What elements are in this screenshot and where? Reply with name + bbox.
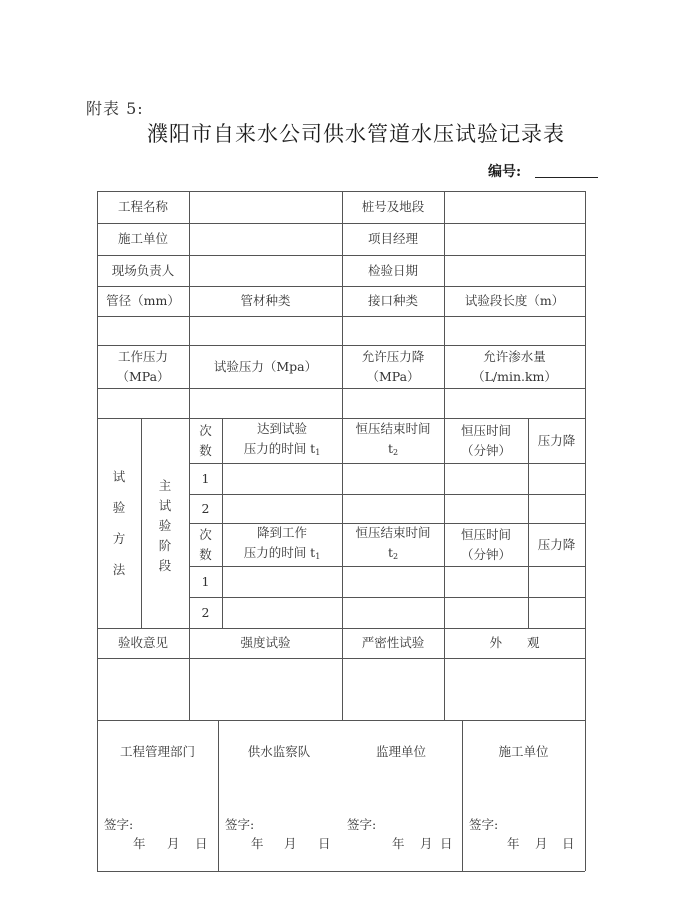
label-project-name: 工程名称	[97, 191, 189, 223]
label-working-pressure-line1: 工作压力	[118, 347, 168, 367]
row-number: 2	[189, 494, 222, 523]
row-number: 2	[189, 597, 222, 628]
label-acceptance-opinion: 验收意见	[97, 628, 189, 658]
label-pressure-drop: 压力降	[528, 418, 585, 463]
field-allowed-seepage[interactable]	[444, 388, 585, 418]
field-pressure-drop[interactable]	[528, 494, 585, 523]
label-station-section: 桩号及地段	[342, 191, 444, 223]
label-t2-line2: t2	[388, 439, 398, 463]
label-allowed-seepage: 允许渗水量 （L/min.km）	[444, 345, 585, 388]
year-label: 年	[507, 834, 520, 852]
label-t2-line2: t2	[388, 543, 398, 567]
field-t2[interactable]	[342, 597, 444, 628]
day-label: 日	[195, 834, 208, 852]
org-label: 监理单位	[340, 742, 462, 760]
org-label: 施工单位	[462, 742, 585, 760]
field-project-name[interactable]	[189, 191, 342, 223]
serial-number-field[interactable]	[535, 177, 598, 178]
annex-label: 附表 5:	[86, 96, 144, 119]
field-pressure-drop[interactable]	[528, 597, 585, 628]
field-allowed-pressure-drop[interactable]	[342, 388, 444, 418]
test-method-char: 方	[113, 523, 126, 554]
label-constant-pressure-duration: 恒压时间 （分钟）	[444, 418, 528, 463]
field-working-pressure[interactable]	[97, 388, 189, 418]
day-label: 日	[318, 834, 331, 852]
field-station-section[interactable]	[444, 191, 585, 223]
label-pipe-diameter: 管径（mm）	[97, 286, 189, 316]
stage-char: 阶	[159, 536, 172, 556]
label-time-reach-test-pressure: 达到试验 压力的时间 t1	[222, 418, 342, 463]
org-label: 工程管理部门	[97, 742, 218, 760]
label-allowed-seepage-unit: （L/min.km）	[472, 367, 557, 387]
label-count: 次 数	[189, 523, 222, 566]
label-pipe-material: 管材种类	[189, 286, 342, 316]
field-t2[interactable]	[342, 566, 444, 597]
label-constant-pressure-end: 恒压结束时间 t2	[342, 418, 444, 463]
label-duration-line1: 恒压时间	[461, 421, 511, 441]
label-joint-type: 接口种类	[342, 286, 444, 316]
field-t1[interactable]	[222, 597, 342, 628]
field-duration[interactable]	[444, 463, 528, 494]
signature-block-contractor[interactable]: 施工单位 签字: 年 月 日	[462, 720, 585, 871]
month-label: 月	[420, 834, 433, 852]
label-t1-line1: 降到工作	[257, 523, 307, 543]
label-t1-line2: 压力的时间 t1	[244, 439, 321, 463]
label-constant-pressure-end: 恒压结束时间 t2	[342, 523, 444, 566]
field-t1[interactable]	[222, 566, 342, 597]
subscript-2: 2	[393, 552, 398, 561]
label-allowed-pressure-drop-unit: （MPa）	[366, 367, 419, 387]
row-number: 1	[189, 463, 222, 494]
field-test-length[interactable]	[444, 316, 585, 345]
label-inspection-date: 检验日期	[342, 255, 444, 286]
field-t1[interactable]	[222, 463, 342, 494]
label-count-line2: 数	[199, 545, 212, 565]
label-appearance: 外 观	[444, 628, 585, 658]
label-t1-line1: 达到试验	[257, 419, 307, 439]
stage-char: 主	[159, 476, 172, 496]
signature-block-supervisor[interactable]: 监理单位 签字: 年 月 日	[340, 720, 462, 871]
label-strength-test: 强度试验	[189, 628, 342, 658]
signature-block-engineering-dept[interactable]: 工程管理部门 签字: 年 月 日	[97, 720, 218, 871]
field-t2[interactable]	[342, 463, 444, 494]
label-duration-line1: 恒压时间	[461, 525, 511, 545]
day-label: 日	[562, 834, 575, 852]
org-label: 供水监察队	[218, 742, 340, 760]
subscript-1: 1	[315, 448, 320, 457]
field-pipe-material[interactable]	[189, 316, 342, 345]
stage-char: 段	[159, 556, 172, 576]
label-contractor: 施工单位	[97, 223, 189, 255]
test-method-char: 法	[113, 554, 126, 585]
label-count: 次 数	[189, 418, 222, 463]
field-pressure-drop[interactable]	[528, 566, 585, 597]
test-method-char: 验	[113, 492, 126, 523]
label-tightness-test: 严密性试验	[342, 628, 444, 658]
label-test-length: 试验段长度（m）	[444, 286, 585, 316]
subscript-2: 2	[393, 448, 398, 457]
month-label: 月	[535, 834, 548, 852]
label-t1-text: 压力的时间 t	[244, 441, 316, 456]
field-pressure-drop[interactable]	[528, 463, 585, 494]
field-contractor[interactable]	[189, 223, 342, 255]
field-site-lead[interactable]	[189, 255, 342, 286]
sign-label: 签字:	[225, 815, 254, 833]
sign-label: 签字:	[104, 815, 133, 833]
field-duration[interactable]	[444, 566, 528, 597]
label-t2-line1: 恒压结束时间	[355, 523, 430, 543]
field-joint-type[interactable]	[342, 316, 444, 345]
label-t1-text: 压力的时间 t	[244, 545, 316, 560]
field-inspection-date[interactable]	[444, 255, 585, 286]
label-working-pressure: 工作压力 （MPa）	[97, 345, 189, 388]
year-label: 年	[251, 834, 264, 852]
label-site-lead: 现场负责人	[97, 255, 189, 286]
serial-number-label: 编号:	[488, 161, 521, 181]
label-allowed-seepage-line1: 允许渗水量	[483, 347, 546, 367]
document-title: 濮阳市自来水公司供水管道水压试验记录表	[0, 118, 700, 148]
label-pressure-drop: 压力降	[528, 523, 585, 566]
field-duration[interactable]	[444, 494, 528, 523]
day-label: 日	[440, 834, 453, 852]
label-test-method: 试 验 方 法	[97, 418, 141, 628]
label-duration-line2: （分钟）	[461, 441, 511, 461]
sign-label: 签字:	[347, 815, 376, 833]
field-duration[interactable]	[444, 597, 528, 628]
field-acceptance-opinion[interactable]	[97, 658, 189, 720]
label-working-pressure-unit: （MPa）	[116, 367, 169, 387]
row-number: 1	[189, 566, 222, 597]
field-tightness-test[interactable]	[342, 658, 444, 720]
field-t2[interactable]	[342, 494, 444, 523]
field-t1[interactable]	[222, 494, 342, 523]
label-count-line1: 次	[199, 525, 212, 545]
field-test-pressure[interactable]	[189, 388, 342, 418]
signature-block-water-inspection[interactable]: 供水监察队 签字: 年 月 日	[218, 720, 340, 871]
label-constant-pressure-duration: 恒压时间 （分钟）	[444, 523, 528, 566]
field-strength-test[interactable]	[189, 658, 342, 720]
label-duration-line2: （分钟）	[461, 545, 511, 565]
label-count-line2: 数	[199, 441, 212, 461]
year-label: 年	[392, 834, 405, 852]
stage-char: 试	[159, 496, 172, 516]
label-project-manager: 项目经理	[342, 223, 444, 255]
label-count-line1: 次	[199, 421, 212, 441]
label-time-drop-to-working-pressure: 降到工作 压力的时间 t1	[222, 523, 342, 566]
month-label: 月	[167, 834, 180, 852]
label-allowed-pressure-drop-line1: 允许压力降	[362, 347, 425, 367]
subscript-1: 1	[315, 552, 320, 561]
label-allowed-pressure-drop: 允许压力降 （MPa）	[342, 345, 444, 388]
label-t1-line2: 压力的时间 t1	[244, 543, 321, 567]
year-label: 年	[133, 834, 146, 852]
field-pipe-diameter[interactable]	[97, 316, 189, 345]
field-appearance[interactable]	[444, 658, 585, 720]
sign-label: 签字:	[469, 815, 498, 833]
label-test-pressure: 试验压力（Mpa）	[189, 345, 342, 388]
label-main-test-stage: 主 试 验 阶 段	[141, 418, 189, 628]
field-project-manager[interactable]	[444, 223, 585, 255]
month-label: 月	[284, 834, 297, 852]
test-method-char: 试	[113, 461, 126, 492]
stage-char: 验	[159, 516, 172, 536]
label-t2-line1: 恒压结束时间	[355, 419, 430, 439]
